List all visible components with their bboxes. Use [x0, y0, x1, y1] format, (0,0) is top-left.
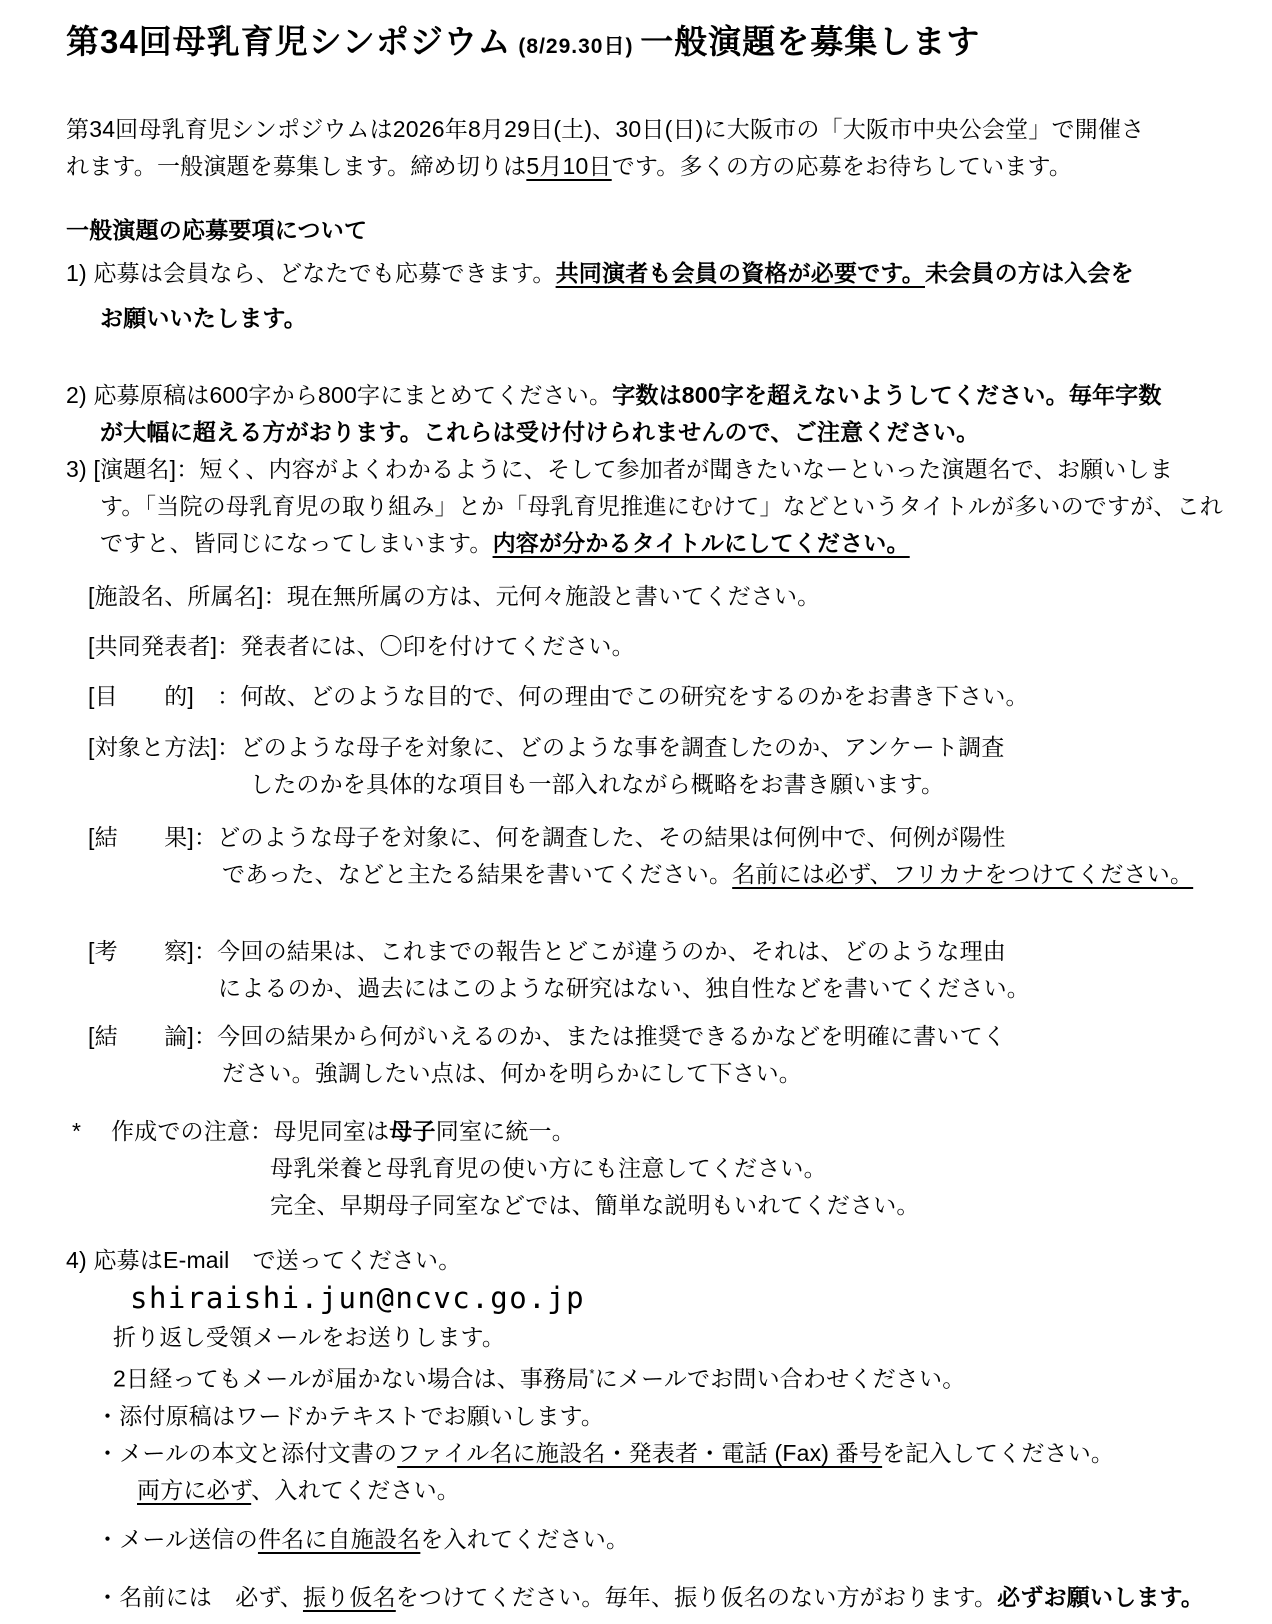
- intro-paragraph-line-1: 第34回母乳育児シンポジウムは2026年8月29日(土)、30日(日)に大阪市の…: [66, 111, 1216, 148]
- no-reply-note: 2日経ってもメールが届かない場合は、事務局*にメールでお問い合わせください。: [66, 1356, 1216, 1398]
- item-4-email-submission-text: 4) 応募はE-mail で送ってください。: [66, 1243, 1216, 1278]
- results-item-line-1: [結 果]：どのような母子を対象に、何を調査した、その結果は何例中で、何例が陽性: [66, 819, 1216, 856]
- document-page: 第34回母乳育児シンポジウム (8/29.30日) 一般演題を募集します第34回…: [0, 0, 1272, 1624]
- email-address-text: shiraishi.jun@ncvc.go.jp: [66, 1278, 1216, 1319]
- results-item-line-2: であった、などと主たる結果を書いてください。名前には必ず、フリカナをつけてくださ…: [66, 856, 1216, 893]
- purpose-item: [目 的] ：何故、どのような目的で、何の理由でこの研究をするのかをお書き下さい…: [66, 678, 1216, 715]
- co-presenter-item-text: [共同発表者]：発表者には、〇印を付けてください。: [66, 628, 1216, 665]
- email-address: shiraishi.jun@ncvc.go.jp: [66, 1278, 1216, 1319]
- item-2-manuscript-length-line-2: が大幅に超える方がおります。これらは受け付けられませんので、ご注意ください。: [66, 414, 1216, 451]
- section-heading: 一般演題の応募要項について: [66, 212, 1216, 249]
- composition-notes-line-2: 母乳栄養と母乳育児の使い方にも注意してください。: [66, 1150, 1216, 1187]
- subjects-methods-item-line-2: したのかを具体的な項目も一部入れながら概略をお書き願います。: [66, 766, 1216, 803]
- item-1-membership: 1) 応募は会員なら、どなたでも応募できます。共同演者も会員の資格が必要です。未…: [66, 251, 1216, 341]
- attachment-format-note-text: ・添付原稿はワードかテキストでお願いします。: [66, 1398, 1216, 1435]
- subject-line-note-text: ・メール送信の件名に自施設名を入れてください。: [66, 1521, 1216, 1558]
- intro-paragraph: 第34回母乳育児シンポジウムは2026年8月29日(土)、30日(日)に大阪市の…: [66, 111, 1216, 185]
- item-4-email-submission: 4) 応募はE-mail で送ってください。: [66, 1243, 1216, 1278]
- discussion-item-line-1: [考 察]：今回の結果は、これまでの報告とどこが違うのか、それは、どのような理由: [66, 933, 1216, 970]
- filename-note-line-1: ・メールの本文と添付文書のファイル名に施設名・発表者・電話 (Fax) 番号を記…: [66, 1435, 1216, 1472]
- page-title: 第34回母乳育児シンポジウム (8/29.30日) 一般演題を募集します: [66, 18, 1216, 71]
- item-3-presentation-title-line-2: す。「当院の母乳育児の取り組み」とか「母乳育児推進にむけて」などというタイトルが…: [66, 488, 1216, 525]
- subjects-methods-item-line-1: [対象と方法]：どのような母子を対象に、どのような事を調査したのか、アンケート調…: [66, 729, 1216, 766]
- item-3-presentation-title: 3) [演題名]：短く、内容がよくわかるように、そして参加者が聞きたいなーといっ…: [66, 451, 1216, 562]
- conclusion-item-line-1: [結 論]：今回の結果から何がいえるのか、または推奨できるかなどを明確に書いてく: [66, 1018, 1216, 1055]
- conclusion-item-line-2: ださい。強調したい点は、何かを明らかにして下さい。: [66, 1055, 1216, 1092]
- item-2-manuscript-length-line-1: 2) 応募原稿は600字から800字にまとめてください。字数は800字を超えない…: [66, 377, 1216, 414]
- discussion-item: [考 察]：今回の結果は、これまでの報告とどこが違うのか、それは、どのような理由…: [66, 933, 1216, 1007]
- item-2-manuscript-length: 2) 応募原稿は600字から800字にまとめてください。字数は800字を超えない…: [66, 377, 1216, 451]
- conclusion-item: [結 論]：今回の結果から何がいえるのか、または推奨できるかなどを明確に書いてく…: [66, 1018, 1216, 1092]
- filename-note: ・メールの本文と添付文書のファイル名に施設名・発表者・電話 (Fax) 番号を記…: [66, 1435, 1216, 1509]
- item-3-presentation-title-line-1: 3) [演題名]：短く、内容がよくわかるように、そして参加者が聞きたいなーといっ…: [66, 451, 1216, 488]
- item-1-membership-line-1: 1) 応募は会員なら、どなたでも応募できます。共同演者も会員の資格が必要です。未…: [66, 251, 1216, 296]
- composition-notes: * 作成での注意：母児同室は母子同室に統一。母乳栄養と母乳育児の使い方にも注意し…: [66, 1113, 1216, 1224]
- facility-name-item: [施設名、所属名]：現在無所属の方は、元何々施設と書いてください。: [66, 578, 1216, 615]
- subject-line-note: ・メール送信の件名に自施設名を入れてください。: [66, 1521, 1216, 1558]
- filename-note-line-2: 両方に必ず、入れてください。: [66, 1472, 1216, 1509]
- document-body: 第34回母乳育児シンポジウム (8/29.30日) 一般演題を募集します第34回…: [66, 18, 1216, 1616]
- no-reply-note-text: 2日経ってもメールが届かない場合は、事務局*にメールでお問い合わせください。: [66, 1356, 1216, 1398]
- co-presenter-item: [共同発表者]：発表者には、〇印を付けてください。: [66, 628, 1216, 665]
- discussion-item-line-2: によるのか、過去にはこのような研究はない、独自性などを書いてください。: [66, 970, 1216, 1007]
- composition-notes-line-1: * 作成での注意：母児同室は母子同室に統一。: [66, 1113, 1216, 1150]
- results-item: [結 果]：どのような母子を対象に、何を調査した、その結果は何例中で、何例が陽性…: [66, 819, 1216, 893]
- item-1-membership-line-2: お願いいたします。: [66, 296, 1216, 341]
- subjects-methods-item: [対象と方法]：どのような母子を対象に、どのような事を調査したのか、アンケート調…: [66, 729, 1216, 803]
- furigana-note-text: ・名前には 必ず、振り仮名をつけてください。毎年、振り仮名のない方がおります。必…: [66, 1579, 1216, 1616]
- attachment-format-note: ・添付原稿はワードかテキストでお願いします。: [66, 1398, 1216, 1435]
- facility-name-item-text: [施設名、所属名]：現在無所属の方は、元何々施設と書いてください。: [66, 578, 1216, 615]
- reply-note: 折り返し受領メールをお送りします。: [66, 1319, 1216, 1356]
- reply-note-text: 折り返し受領メールをお送りします。: [66, 1319, 1216, 1356]
- purpose-item-text: [目 的] ：何故、どのような目的で、何の理由でこの研究をするのかをお書き下さい…: [66, 678, 1216, 715]
- furigana-note: ・名前には 必ず、振り仮名をつけてください。毎年、振り仮名のない方がおります。必…: [66, 1579, 1216, 1616]
- item-3-presentation-title-line-3: ですと、皆同じになってしまいます。内容が分かるタイトルにしてください。: [66, 525, 1216, 562]
- section-heading-text: 一般演題の応募要項について: [66, 212, 1216, 249]
- page-title-text: 第34回母乳育児シンポジウム (8/29.30日) 一般演題を募集します: [66, 18, 1216, 71]
- composition-notes-line-3: 完全、早期母子同室などでは、簡単な説明もいれてください。: [66, 1187, 1216, 1224]
- intro-paragraph-line-2: れます。一般演題を募集します。締め切りは5月10日です。多くの方の応募をお待ちし…: [66, 148, 1216, 185]
